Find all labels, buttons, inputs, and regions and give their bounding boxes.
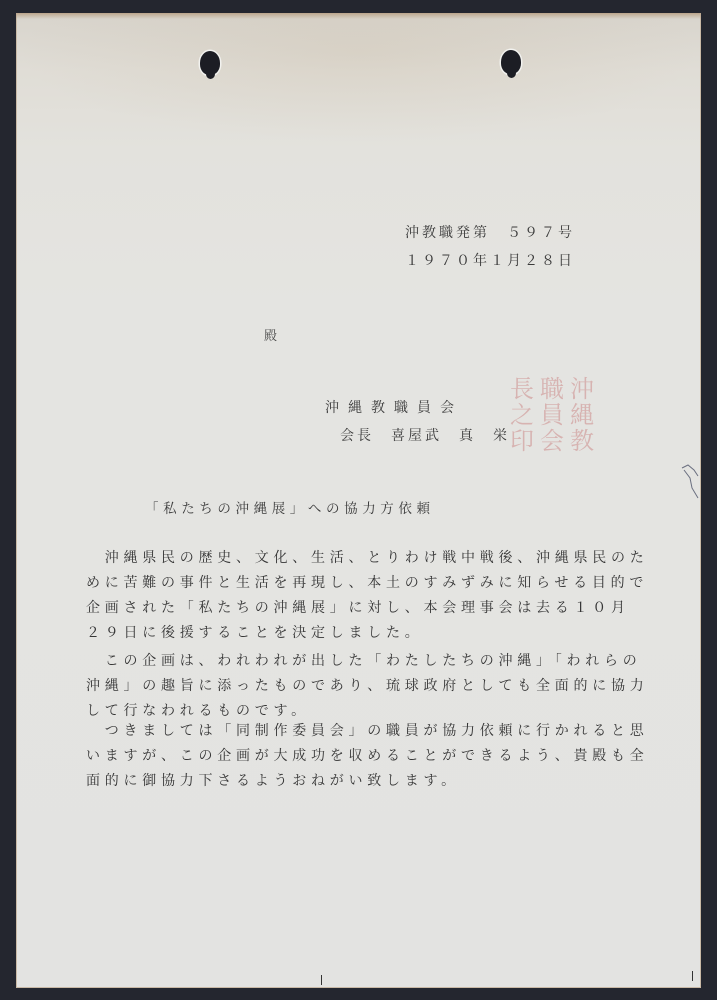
seal-char: 長 (507, 377, 537, 403)
document-number: 沖教職発第 ５９７号 (405, 222, 575, 242)
document-date: １９７０年１月２８日 (405, 250, 575, 270)
sender-organization: 沖縄教職員会 (325, 397, 463, 417)
body-line: 沖縄」の趣旨に添ったものであり、琉球政府としても全面的に協力 (86, 675, 649, 695)
body-line: いますが、この企画が大成功を収めることができるよう、貴殿も全 (86, 745, 649, 765)
seal-char: 会 (537, 429, 567, 455)
seal-char: 之 (507, 403, 537, 429)
edge-mark (321, 975, 322, 985)
punch-hole-icon (200, 51, 220, 75)
seal-char: 職 (537, 377, 567, 403)
body-line: 面的に御協力下さるようおねがい致します。 (86, 770, 460, 790)
body-line: して行なわれるものです。 (86, 700, 310, 720)
body-line: めに苦難の事件と生活を再現し、本土のすみずみに知らせる目的で (86, 572, 648, 592)
punch-hole-icon (501, 50, 521, 74)
document-subject: 「私たちの沖縄展」への協力方依頼 (145, 497, 435, 517)
body-line: ２９日に後援することを決定しました。 (86, 622, 424, 642)
sender-president: 会長 喜屋武 真 栄 (340, 425, 510, 445)
seal-char: 員 (537, 403, 567, 429)
seal-char: 教 (567, 429, 597, 455)
addressee: 殿 (264, 325, 277, 344)
body-line: この企画は、われわれが出した「わたしたちの沖縄」「われらの (86, 650, 642, 670)
seal-char: 印 (507, 429, 537, 455)
body-line: つきましては「同制作委員会」の職員が協力依頼に行かれると思 (86, 720, 649, 740)
pencil-mark-icon (680, 462, 700, 502)
body-line: 企画された「私たちの沖縄展」に対し、本会理事会は去る１０月 (86, 597, 630, 617)
paper-top-edge (16, 13, 701, 19)
seal-char: 縄 (567, 403, 597, 429)
seal-char: 沖 (567, 377, 597, 403)
edge-mark (692, 971, 693, 981)
official-seal-icon: 沖 縄 教 職 員 会 長 之 印 (497, 377, 597, 459)
body-line: 沖縄県民の歴史、文化、生活、とりわけ戦中戦後、沖縄県民のた (86, 547, 649, 567)
